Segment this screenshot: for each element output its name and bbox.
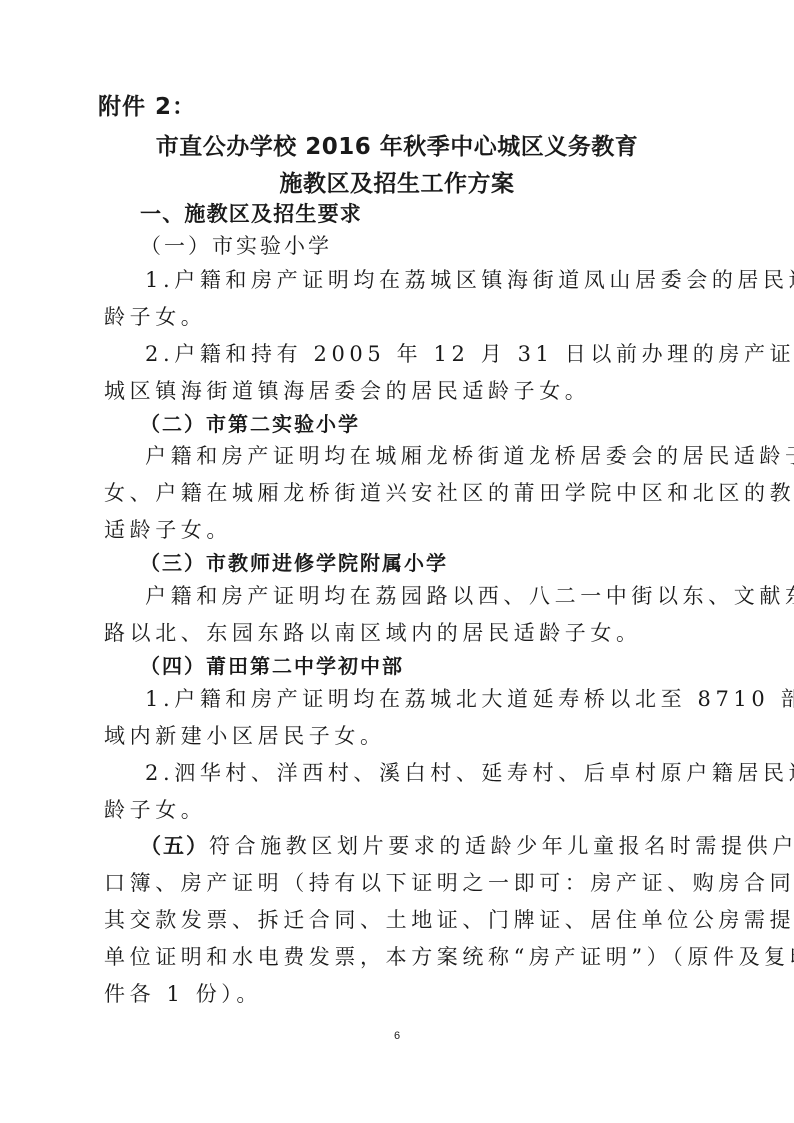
paragraph-line: 女、户籍在城厢龙桥街道兴安社区的莆田学院中区和北区的教师 — [104, 480, 704, 506]
paragraph-line: 1.户籍和房产证明均在荔城区镇海街道凤山居委会的居民适 — [145, 267, 705, 293]
school-heading-1: （一）市实验小学 — [140, 233, 740, 259]
school-heading-3: （三）市教师进修学院附属小学 — [140, 550, 740, 576]
paragraph-line: 域内新建小区居民子女。 — [104, 723, 704, 749]
paragraph-text: 符合施教区划片要求的适龄少年儿童报名时需提供户 — [209, 834, 794, 858]
item5-first-line: （五）符合施教区划片要求的适龄少年儿童报名时需提供户 — [140, 833, 700, 859]
school-heading-2: （二）市第二实验小学 — [140, 411, 740, 437]
paragraph-line: 适龄子女。 — [104, 517, 704, 543]
paragraph-line: 2.户籍和持有 2005 年 12 月 31 日以前办理的房产证明均在荔 — [145, 341, 705, 367]
document-title-line1: 市直公办学校 2016 年秋季中心城区义务教育 — [0, 134, 794, 160]
paragraph-line: 路以北、东园东路以南区域内的居民适龄子女。 — [104, 620, 704, 646]
document-title-line2: 施教区及招生工作方案 — [0, 171, 794, 197]
paragraph-line: 户籍和房产证明均在荔园路以西、八二一中街以东、文献东 — [145, 583, 705, 609]
attachment-label: 附件 2： — [98, 94, 698, 120]
page-number: 6 — [0, 1030, 794, 1042]
paragraph-line: 城区镇海街道镇海居委会的居民适龄子女。 — [104, 378, 704, 404]
school-heading-4: （四）莆田第二中学初中部 — [140, 653, 740, 679]
paragraph-line: 龄子女。 — [104, 304, 704, 330]
paragraph-line: 龄子女。 — [104, 797, 704, 823]
paragraph-line: 1.户籍和房产证明均在荔城北大道延寿桥以北至 8710 部队区 — [145, 686, 705, 712]
paragraph-line: 件各 1 份）。 — [104, 981, 704, 1007]
paragraph-line: 其交款发票、拆迁合同、土地证、门牌证、居住单位公房需提供 — [104, 907, 704, 933]
paragraph-line: 口簿、房产证明（持有以下证明之一即可：房产证、购房合同及 — [104, 870, 704, 896]
paragraph-line: 单位证明和水电费发票，本方案统称“房产证明”）（原件及复印 — [104, 944, 704, 970]
document-page: 附件 2： 市直公办学校 2016 年秋季中心城区义务教育 施教区及招生工作方案… — [0, 0, 794, 1123]
paragraph-line: 户籍和房产证明均在城厢龙桥街道龙桥居委会的居民适龄子 — [145, 443, 705, 469]
paragraph-line: 2.泗华村、洋西村、溪白村、延寿村、后卓村原户籍居民适 — [145, 760, 705, 786]
section-heading-1: 一、施教区及招生要求 — [140, 201, 740, 227]
item5-label: （五） — [140, 834, 209, 858]
